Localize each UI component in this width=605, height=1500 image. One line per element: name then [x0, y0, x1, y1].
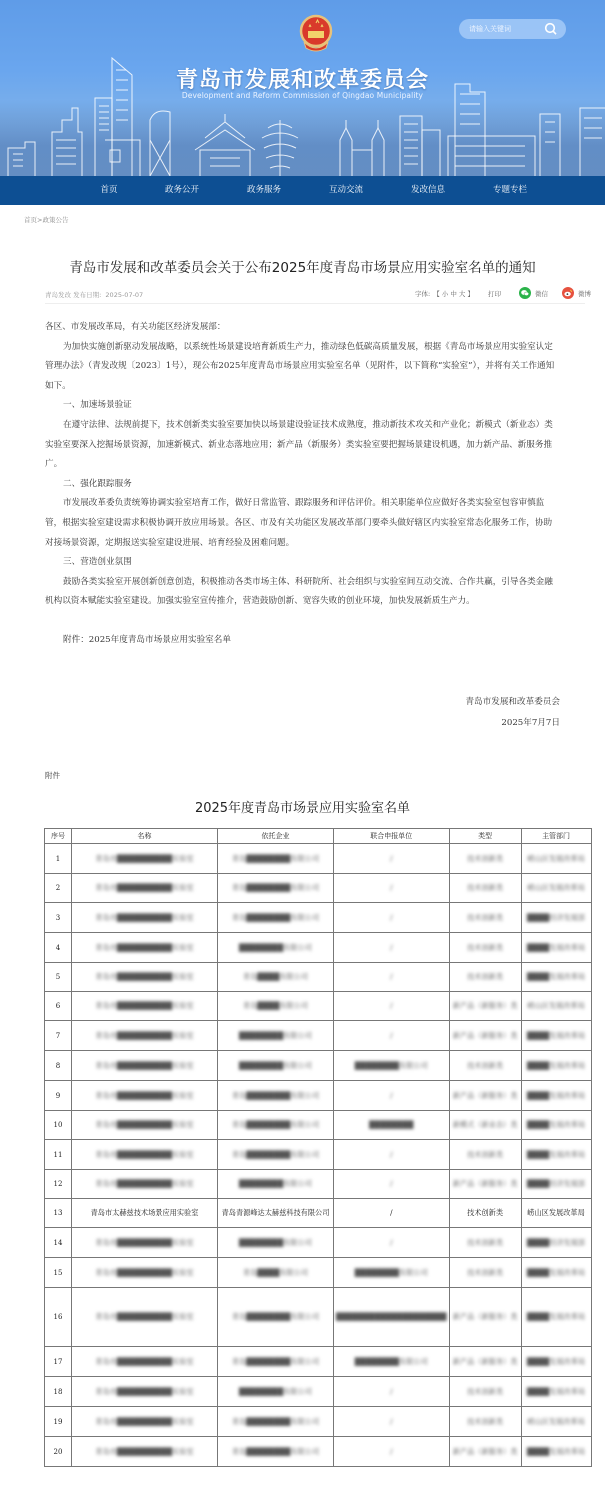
- table-row: 5青岛市██████████实验室青岛████有限公司/技术创新类████发展改…: [45, 963, 592, 992]
- lab-name-text: 青岛市██████████实验室: [95, 1177, 193, 1191]
- lab-name: 青岛市██████████实验室: [72, 992, 218, 1021]
- supervising-department: ████经济发展部: [521, 1170, 591, 1199]
- table-row: 6青岛市██████████实验室青岛████有限公司/新产品（新服务）类崂山区…: [45, 992, 592, 1021]
- supervising-department-text: ████发展改革局: [527, 1385, 585, 1399]
- row-number-text: 9: [56, 1092, 60, 1100]
- joint-applicant: /: [334, 933, 450, 963]
- supervising-department: ████发展改革局: [521, 1288, 591, 1347]
- table-row: 13青岛市太赫兹技术场景应用实验室青岛青源峰达太赫兹科技有限公司/技术创新类崂山…: [45, 1199, 592, 1228]
- row-number-text: 5: [56, 973, 60, 981]
- row-number-text: 13: [54, 1209, 63, 1217]
- row-number: 3: [45, 903, 72, 933]
- host-company: 青岛████████有限公司: [218, 903, 334, 933]
- row-number: 11: [45, 1140, 72, 1170]
- row-number: 4: [45, 933, 72, 963]
- host-company: ████████有限公司: [218, 1377, 334, 1407]
- lab-type: 技术创新类: [449, 1199, 521, 1228]
- host-company: 青岛████有限公司: [218, 1258, 334, 1288]
- joint-applicant-text: ████████有限公司: [355, 1266, 428, 1280]
- host-company: 青岛████████有限公司: [218, 844, 334, 874]
- lab-name: 青岛市██████████实验室: [72, 1021, 218, 1051]
- supervising-department-text: ████发展改革局: [527, 1118, 585, 1132]
- salutation: 各区、市发展改革局，有关功能区经济发展部：: [45, 318, 560, 338]
- nav-item-interaction[interactable]: 互动交流: [316, 176, 376, 205]
- lab-type: 新模式（新业态）类: [449, 1111, 521, 1140]
- lab-type-text: 技术创新类: [467, 941, 503, 955]
- joint-applicant: /: [334, 1081, 450, 1111]
- lab-name: 青岛市██████████实验室: [72, 874, 218, 903]
- supervising-department-text: ████发展改革局: [527, 941, 585, 955]
- row-number: 6: [45, 992, 72, 1021]
- row-number: 18: [45, 1377, 72, 1407]
- lab-name: 青岛市██████████实验室: [72, 1407, 218, 1437]
- nav-item-special-topics[interactable]: 专题专栏: [480, 176, 540, 205]
- lab-name: 青岛市██████████实验室: [72, 1228, 218, 1258]
- host-company-text: 青岛████████有限公司: [232, 852, 319, 866]
- host-company: 青岛████████有限公司: [218, 874, 334, 903]
- supervising-department-text: ████发展改革局: [527, 1445, 585, 1459]
- host-company: 青岛████████有限公司: [218, 1347, 334, 1377]
- host-company-text: 青岛████████有限公司: [232, 1089, 319, 1103]
- joint-applicant-text: /: [390, 941, 392, 955]
- supervising-department-text: ████发展改革局: [527, 1355, 585, 1369]
- col-header-type: 类型: [449, 829, 521, 844]
- lab-name: 青岛市██████████实验室: [72, 963, 218, 992]
- supervising-department: 崂山区发展改革局: [521, 1407, 591, 1437]
- host-company-text: 青岛████████有限公司: [232, 1355, 319, 1369]
- joint-applicant: /: [334, 903, 450, 933]
- joint-applicant-text: /: [390, 1177, 392, 1191]
- joint-applicant-text: ████████有限公司: [355, 1059, 428, 1073]
- supervising-department: ████发展改革局: [521, 1377, 591, 1407]
- lab-name-text: 青岛市██████████实验室: [95, 999, 193, 1013]
- table-row: 19青岛市██████████实验室青岛████████有限公司/技术创新类崂山…: [45, 1407, 592, 1437]
- host-company-text: ████████有限公司: [239, 1059, 312, 1073]
- joint-applicant: /: [334, 1437, 450, 1467]
- joint-applicant: /: [334, 1407, 450, 1437]
- table-row: 16青岛市██████████实验室青岛████████有限公司████████…: [45, 1288, 592, 1347]
- nav-item-home[interactable]: 首页: [79, 176, 139, 205]
- lab-name-text: 青岛市██████████实验室: [95, 1415, 193, 1429]
- joint-applicant: /: [334, 1021, 450, 1051]
- article-source: 青岛发改: [45, 291, 71, 299]
- joint-applicant: /: [334, 1140, 450, 1170]
- row-number-text: 6: [56, 1002, 60, 1010]
- lab-list-table: 序号 名称 依托企业 联合申报单位 类型 主管部门 1青岛市██████████…: [44, 828, 592, 1467]
- lab-name: 青岛市██████████实验室: [72, 1170, 218, 1199]
- supervising-department: ████发展改革局: [521, 1021, 591, 1051]
- article-body: 各区、市发展改革局，有关功能区经济发展部： 为加快实施创新驱动发展战略，以系统性…: [45, 318, 560, 651]
- row-number-text: 4: [56, 944, 60, 952]
- nav-item-drc-info[interactable]: 发改信息: [398, 176, 458, 205]
- lab-name-text: 青岛市██████████实验室: [95, 1445, 193, 1459]
- row-number-text: 3: [56, 914, 60, 922]
- lab-type: 新产品（新服务）类: [449, 1288, 521, 1347]
- host-company: 青岛████有限公司: [218, 963, 334, 992]
- paragraph-section-1: 在遵守法律、法规前提下，技术创新类实验室要加快以场景建设验证技术成熟度，推动新技…: [45, 416, 560, 475]
- lab-type: 技术创新类: [449, 844, 521, 874]
- lab-type-text: 技术创新类: [467, 1208, 503, 1217]
- lab-type-text: 技术创新类: [467, 1415, 503, 1429]
- lab-name-text: 青岛市太赫兹技术场景应用实验室: [91, 1208, 199, 1217]
- lab-type: 新产品（新服务）类: [449, 1081, 521, 1111]
- paragraph-intro: 为加快实施创新驱动发展战略，以系统性场景建设培育新质生产力，推动绿色低碳高质量发…: [45, 338, 560, 397]
- supervising-department: 崂山区发展改革局: [521, 844, 591, 874]
- lab-name-text: 青岛市██████████实验室: [95, 1059, 193, 1073]
- lab-name-text: 青岛市██████████实验室: [95, 1355, 193, 1369]
- col-header-name: 名称: [72, 829, 218, 844]
- joint-applicant: /: [334, 844, 450, 874]
- supervising-department: ████发展改革局: [521, 1081, 591, 1111]
- host-company-text: ████████有限公司: [239, 1177, 312, 1191]
- lab-type-text: 技术创新类: [467, 1385, 503, 1399]
- lab-type-text: 新产品（新服务）类: [453, 1445, 518, 1459]
- joint-applicant: /: [334, 963, 450, 992]
- section-heading-1: 一、加速场景验证: [45, 396, 560, 416]
- joint-applicant-text: /: [390, 1148, 392, 1162]
- table-row: 15青岛市██████████实验室青岛████有限公司████████有限公司…: [45, 1258, 592, 1288]
- supervising-department-text: ████发展改革局: [527, 970, 585, 984]
- lab-name: 青岛市██████████实验室: [72, 1347, 218, 1377]
- joint-applicant-text: /: [390, 1445, 392, 1459]
- table-row: 14青岛市██████████实验室████████有限公司/技术创新类████…: [45, 1228, 592, 1258]
- breadcrumb[interactable]: 首页>政策公告: [24, 215, 68, 224]
- host-company-text: ████████有限公司: [239, 1029, 312, 1043]
- host-company-text: 青岛████████有限公司: [232, 1445, 319, 1459]
- lab-type: 技术创新类: [449, 963, 521, 992]
- row-number: 17: [45, 1347, 72, 1377]
- supervising-department: ████经济发展部: [521, 903, 591, 933]
- lab-type-text: 技术创新类: [467, 1059, 503, 1073]
- lab-name: 青岛市██████████实验室: [72, 844, 218, 874]
- joint-applicant: ████████有限公司: [334, 1051, 450, 1081]
- lab-type: 技术创新类: [449, 1051, 521, 1081]
- lab-name-text: 青岛市██████████实验室: [95, 1266, 193, 1280]
- host-company-text: 青岛████有限公司: [243, 999, 308, 1013]
- lab-type: 技术创新类: [449, 1258, 521, 1288]
- joint-applicant: ████████有限公司: [334, 1347, 450, 1377]
- lab-type: 技术创新类: [449, 1377, 521, 1407]
- row-number-text: 17: [54, 1358, 63, 1366]
- joint-applicant: ████████████████████: [334, 1288, 450, 1347]
- supervising-department-text: ████发展改革局: [527, 1089, 585, 1103]
- supervising-department: ████发展改革局: [521, 1437, 591, 1467]
- host-company-text: 青岛████████有限公司: [232, 1148, 319, 1162]
- host-company: 青岛████████有限公司: [218, 1140, 334, 1170]
- host-company: 青岛████████有限公司: [218, 1081, 334, 1111]
- table-row: 2青岛市██████████实验室青岛████████有限公司/技术创新类崂山区…: [45, 874, 592, 903]
- share-weibo-label: 微博: [578, 289, 591, 298]
- wechat-icon: [519, 287, 531, 299]
- host-company-text: 青岛████████有限公司: [232, 881, 319, 895]
- print-link[interactable]: 打印: [488, 289, 501, 298]
- table-row: 8青岛市██████████实验室████████有限公司████████有限公…: [45, 1051, 592, 1081]
- site-banner: 青岛市发展和改革委员会 Development and Reform Commi…: [0, 0, 605, 176]
- row-number-text: 19: [54, 1418, 63, 1426]
- search-box: [459, 19, 566, 39]
- table-row: 4青岛市██████████实验室████████有限公司/技术创新类████发…: [45, 933, 592, 963]
- supervising-department: ████发展改革局: [521, 1140, 591, 1170]
- attachment-link[interactable]: 附件：2025年度青岛市场景应用实验室名单: [45, 631, 560, 651]
- row-number-text: 11: [54, 1151, 63, 1159]
- paragraph-section-2: 市发展改革委负责统筹协调实验室培育工作，做好日常监管、跟踪服务和评估评价。相关职…: [45, 494, 560, 553]
- host-company-text: 青岛████████有限公司: [232, 1118, 319, 1132]
- lab-type: 技术创新类: [449, 903, 521, 933]
- lab-name: 青岛市██████████实验室: [72, 1081, 218, 1111]
- host-company: 青岛████有限公司: [218, 992, 334, 1021]
- font-size-label: 字体:: [415, 289, 430, 298]
- row-number: 1: [45, 844, 72, 874]
- joint-applicant-text: ████████████████████: [336, 1310, 447, 1324]
- col-header-joint-applicant: 联合申报单位: [334, 829, 450, 844]
- supervising-department-text: ████经济发展部: [527, 911, 585, 925]
- lab-name: 青岛市太赫兹技术场景应用实验室: [72, 1199, 218, 1228]
- lab-name-text: 青岛市██████████实验室: [95, 1310, 193, 1324]
- joint-applicant: /: [334, 1377, 450, 1407]
- supervising-department-text: ████发展改革局: [527, 1148, 585, 1162]
- lab-name: 青岛市██████████实验室: [72, 1051, 218, 1081]
- nav-item-government-affairs-open[interactable]: 政务公开: [152, 176, 212, 205]
- supervising-department-text: ████发展改革局: [527, 1266, 585, 1280]
- section-heading-3: 三、营造创业氛围: [45, 553, 560, 573]
- host-company-text: 青岛████有限公司: [243, 1266, 308, 1280]
- nav-item-government-services[interactable]: 政务服务: [234, 176, 294, 205]
- lab-type-text: 技术创新类: [467, 970, 503, 984]
- article-meta: 青岛发改 发布日期: 2025-07-07: [45, 290, 143, 299]
- col-header-department: 主管部门: [521, 829, 591, 844]
- share-weibo-button[interactable]: 微博: [562, 287, 591, 299]
- lab-name-text: 青岛市██████████实验室: [95, 1148, 193, 1162]
- host-company: ████████有限公司: [218, 1051, 334, 1081]
- host-company: ████████有限公司: [218, 933, 334, 963]
- host-company: ████████有限公司: [218, 1170, 334, 1199]
- supervising-department: 崂山区发展改革局: [521, 992, 591, 1021]
- table-row: 17青岛市██████████实验室青岛████████有限公司████████…: [45, 1347, 592, 1377]
- row-number: 20: [45, 1437, 72, 1467]
- host-company: 青岛████████有限公司: [218, 1407, 334, 1437]
- supervising-department: ████发展改革局: [521, 1111, 591, 1140]
- row-number-text: 14: [54, 1239, 63, 1247]
- supervising-department-text: 崂山区发展改革局: [527, 1415, 585, 1429]
- table-header-row: 序号 名称 依托企业 联合申报单位 类型 主管部门: [45, 829, 592, 844]
- search-icon[interactable]: [543, 22, 559, 36]
- joint-applicant-text: /: [390, 881, 392, 895]
- host-company-text: 青岛████████有限公司: [232, 1310, 319, 1324]
- joint-applicant-text: /: [390, 1208, 392, 1217]
- supervising-department-text: ████发展改革局: [527, 1029, 585, 1043]
- joint-applicant: /: [334, 1199, 450, 1228]
- lab-type: 技术创新类: [449, 1407, 521, 1437]
- joint-applicant-text: ████████有限公司: [355, 1355, 428, 1369]
- lab-type-text: 技术创新类: [467, 1148, 503, 1162]
- joint-applicant-text: /: [390, 1385, 392, 1399]
- lab-name-text: 青岛市██████████实验室: [95, 970, 193, 984]
- row-number-text: 18: [54, 1388, 63, 1396]
- row-number: 10: [45, 1111, 72, 1140]
- joint-applicant-text: /: [390, 1236, 392, 1250]
- table-row: 11青岛市██████████实验室青岛████████有限公司/技术创新类██…: [45, 1140, 592, 1170]
- host-company-text: ████████有限公司: [239, 1385, 312, 1399]
- joint-applicant: /: [334, 992, 450, 1021]
- lab-name: 青岛市██████████实验室: [72, 1377, 218, 1407]
- supervising-department: ████经济发展部: [521, 1228, 591, 1258]
- section-heading-2: 二、强化跟踪服务: [45, 475, 560, 495]
- table-row: 12青岛市██████████实验室████████有限公司/新产品（新服务）类…: [45, 1170, 592, 1199]
- joint-applicant-text: /: [390, 970, 392, 984]
- row-number-text: 16: [54, 1313, 63, 1321]
- lab-type-text: 新产品（新服务）类: [453, 1177, 518, 1191]
- supervising-department: ████发展改革局: [521, 1258, 591, 1288]
- lab-name-text: 青岛市██████████实验室: [95, 1089, 193, 1103]
- host-company-text: ████████有限公司: [239, 1236, 312, 1250]
- table-row: 20青岛市██████████实验室青岛████████有限公司/新产品（新服务…: [45, 1437, 592, 1467]
- host-company-text: ████████有限公司: [239, 941, 312, 955]
- host-company: 青岛████████有限公司: [218, 1437, 334, 1467]
- lab-type-text: 新产品（新服务）类: [453, 1310, 518, 1324]
- joint-applicant-text: /: [390, 999, 392, 1013]
- table-row: 18青岛市██████████实验室████████有限公司/技术创新类████…: [45, 1377, 592, 1407]
- supervising-department-text: 崂山区发展改革局: [527, 852, 585, 866]
- row-number: 15: [45, 1258, 72, 1288]
- lab-name: 青岛市██████████实验室: [72, 1258, 218, 1288]
- row-number: 2: [45, 874, 72, 903]
- row-number: 8: [45, 1051, 72, 1081]
- table-row: 9青岛市██████████实验室青岛████████有限公司/新产品（新服务）…: [45, 1081, 592, 1111]
- supervising-department: 崂山区发展改革局: [521, 1199, 591, 1228]
- share-wechat-button[interactable]: 微信: [519, 287, 548, 299]
- signature-org: 青岛市发展和改革委员会: [465, 695, 560, 707]
- lab-type-text: 新产品（新服务）类: [453, 1029, 518, 1043]
- joint-applicant: /: [334, 1170, 450, 1199]
- publish-date: 2025-07-07: [105, 291, 143, 299]
- font-size-switcher[interactable]: 【 小 中 大 】: [433, 289, 474, 298]
- lab-name: 青岛市██████████实验室: [72, 903, 218, 933]
- host-company-text: 青岛████有限公司: [243, 970, 308, 984]
- row-number: 14: [45, 1228, 72, 1258]
- joint-applicant-text: /: [390, 1029, 392, 1043]
- lab-type-text: 技术创新类: [467, 1236, 503, 1250]
- row-number-text: 1: [56, 855, 60, 863]
- host-company: ████████有限公司: [218, 1228, 334, 1258]
- lab-type-text: 新产品（新服务）类: [453, 1355, 518, 1369]
- host-company: 青岛████████有限公司: [218, 1288, 334, 1347]
- lab-type: 新产品（新服务）类: [449, 992, 521, 1021]
- joint-applicant-text: /: [390, 1089, 392, 1103]
- row-number-text: 12: [54, 1180, 63, 1188]
- host-company: 青岛青源峰达太赫兹科技有限公司: [218, 1199, 334, 1228]
- joint-applicant: /: [334, 1228, 450, 1258]
- table-row: 3青岛市██████████实验室青岛████████有限公司/技术创新类███…: [45, 903, 592, 933]
- supervising-department-text: 崂山区发展改革局: [527, 881, 585, 895]
- joint-applicant-text: ████████: [369, 1118, 413, 1132]
- row-number: 7: [45, 1021, 72, 1051]
- supervising-department-text: ████发展改革局: [527, 1059, 585, 1073]
- row-number-text: 10: [54, 1121, 63, 1129]
- joint-applicant-text: /: [390, 911, 392, 925]
- lab-type-text: 新模式（新业态）类: [453, 1118, 518, 1132]
- lab-type-text: 技术创新类: [467, 911, 503, 925]
- row-number: 19: [45, 1407, 72, 1437]
- national-emblem-icon: [299, 14, 333, 54]
- signature-date: 2025年7月7日: [501, 716, 560, 728]
- site-title: 青岛市发展和改革委员会: [0, 63, 605, 94]
- supervising-department: ████发展改革局: [521, 1347, 591, 1377]
- row-number: 9: [45, 1081, 72, 1111]
- joint-applicant: ████████有限公司: [334, 1258, 450, 1288]
- supervising-department-text: ████经济发展部: [527, 1236, 585, 1250]
- lab-type: 新产品（新服务）类: [449, 1170, 521, 1199]
- supervising-department-text: 崂山区发展改革局: [527, 999, 585, 1013]
- joint-applicant-text: /: [390, 852, 392, 866]
- lab-type-text: 技术创新类: [467, 1266, 503, 1280]
- table-row: 7青岛市██████████实验室████████有限公司/新产品（新服务）类█…: [45, 1021, 592, 1051]
- lab-type: 技术创新类: [449, 1140, 521, 1170]
- lab-type: 技术创新类: [449, 874, 521, 903]
- lab-type: 技术创新类: [449, 933, 521, 963]
- article-title: 青岛市发展和改革委员会关于公布2025年度青岛市场景应用实验室名单的通知: [0, 256, 605, 276]
- main-nav: 首页 政务公开 政务服务 互动交流 发改信息 专题专栏: [0, 176, 605, 205]
- lab-type-text: 新产品（新服务）类: [453, 1089, 518, 1103]
- table-title: 2025年度青岛市场景应用实验室名单: [0, 797, 605, 816]
- joint-applicant: ████████: [334, 1111, 450, 1140]
- lab-name-text: 青岛市██████████实验室: [95, 852, 193, 866]
- article-tools: 字体: 【 小 中 大 】 打印 微信 微博: [415, 286, 591, 300]
- lab-type: 新产品（新服务）类: [449, 1021, 521, 1051]
- lab-type: 技术创新类: [449, 1228, 521, 1258]
- meta-divider: [45, 303, 585, 304]
- table-row: 1青岛市██████████实验室青岛████████有限公司/技术创新类崂山区…: [45, 844, 592, 874]
- row-number: 13: [45, 1199, 72, 1228]
- row-number-text: 15: [54, 1269, 63, 1277]
- lab-type: 新产品（新服务）类: [449, 1437, 521, 1467]
- row-number: 12: [45, 1170, 72, 1199]
- supervising-department: ████发展改革局: [521, 933, 591, 963]
- lab-name-text: 青岛市██████████实验室: [95, 911, 193, 925]
- supervising-department: ████发展改革局: [521, 963, 591, 992]
- joint-applicant: /: [334, 874, 450, 903]
- col-header-company: 依托企业: [218, 829, 334, 844]
- attachment-label: 附件: [45, 770, 60, 781]
- lab-type: 新产品（新服务）类: [449, 1347, 521, 1377]
- row-number-text: 8: [56, 1062, 60, 1070]
- supervising-department: ████发展改革局: [521, 1051, 591, 1081]
- lab-name-text: 青岛市██████████实验室: [95, 1029, 193, 1043]
- supervising-department-text: ████发展改革局: [527, 1310, 585, 1324]
- lab-name-text: 青岛市██████████实验室: [95, 1118, 193, 1132]
- weibo-icon: [562, 287, 574, 299]
- host-company-text: 青岛████████有限公司: [232, 1415, 319, 1429]
- supervising-department: 崂山区发展改革局: [521, 874, 591, 903]
- lab-type-text: 新产品（新服务）类: [453, 999, 518, 1013]
- lab-name: 青岛市██████████实验室: [72, 1140, 218, 1170]
- supervising-department-text: ████经济发展部: [527, 1177, 585, 1191]
- lab-type-text: 技术创新类: [467, 881, 503, 895]
- site-subtitle: Development and Reform Commission of Qin…: [0, 91, 605, 100]
- row-number-text: 20: [54, 1448, 63, 1456]
- search-input[interactable]: [469, 22, 539, 36]
- joint-applicant-text: /: [390, 1415, 392, 1429]
- lab-name-text: 青岛市██████████实验室: [95, 881, 193, 895]
- supervising-department-text: 崂山区发展改革局: [527, 1208, 585, 1217]
- row-number: 16: [45, 1288, 72, 1347]
- host-company: ████████有限公司: [218, 1021, 334, 1051]
- publish-date-label: 发布日期:: [73, 291, 101, 299]
- lab-name: 青岛市██████████实验室: [72, 933, 218, 963]
- col-header-no: 序号: [45, 829, 72, 844]
- lab-type-text: 技术创新类: [467, 852, 503, 866]
- lab-name-text: 青岛市██████████实验室: [95, 1385, 193, 1399]
- lab-name-text: 青岛市██████████实验室: [95, 941, 193, 955]
